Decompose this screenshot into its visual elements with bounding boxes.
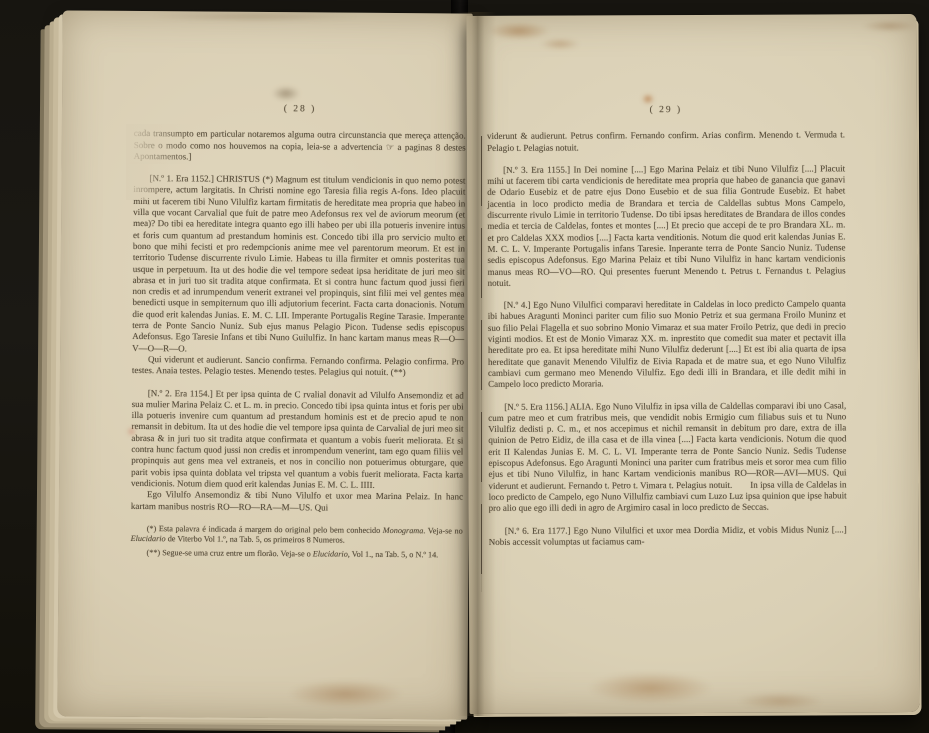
- body-paragraph: [N.º 2. Era 1154.] Et per ipsa quinta de…: [131, 387, 464, 491]
- body-paragraph: [N.º 6. Era 1177.] Ego Nuno Vilulfici et…: [489, 524, 847, 548]
- body-paragraph: viderunt & audierunt. Petrus confirm. Fe…: [487, 130, 845, 154]
- footnote: (*) Esta palavra é indicada á margem do …: [131, 524, 463, 548]
- footnote-text: . Veja-se no: [423, 526, 462, 535]
- body-paragraph: [N.º 4.] Ego Nuno Vilulfici comparavi he…: [488, 298, 846, 390]
- footnote-text: de Viterbo Vol 1.º, na Tab. 5, os primei…: [166, 535, 345, 545]
- body-paragraph: Ego Vilulfo Ansemondiz & tibi Nuno Vilul…: [131, 489, 463, 514]
- page-number-right: ( 29 ): [487, 104, 845, 117]
- footnote-italic-term: Monograma: [383, 526, 424, 535]
- footnote-text: (*) Esta palavra é indicada á margem do …: [147, 524, 383, 535]
- body-paragraph: [N.º 3. Era 1155.] In Dei nomine [....] …: [487, 163, 846, 289]
- left-page-text-column: ( 28 ) cada transumpto em particular not…: [130, 103, 466, 564]
- footnote-italic-term: Elucidario: [131, 534, 166, 543]
- body-paragraph: cada transumpto em particular notaremos …: [134, 128, 466, 164]
- footnote-italic-term: Elucidario: [313, 549, 348, 558]
- right-page: ( 29 ) viderunt & audierunt. Petrus conf…: [466, 14, 919, 714]
- body-paragraph: [N.º 1. Era 1152.] CHRISTUS (*) Magnum e…: [132, 173, 465, 356]
- footnote-text: , Vol 1., na Tab. 5, o N.º 14.: [348, 549, 439, 559]
- body-paragraph: Qui viderunt et audierunt. Sancio confir…: [132, 354, 464, 379]
- footnotes-block: (*) Esta palavra é indicada á margem do …: [130, 524, 462, 561]
- footnote-text: (**) Segue-se uma cruz entre um florão. …: [146, 548, 312, 558]
- left-page: ( 28 ) cada transumpto em particular not…: [57, 10, 473, 719]
- photo-background: ( 28 ) cada transumpto em particular not…: [0, 0, 929, 733]
- footnote: (**) Segue-se uma cruz entre um florão. …: [130, 548, 462, 561]
- page-number-left: ( 28 ): [134, 103, 466, 117]
- right-page-text-column: ( 29 ) viderunt & audierunt. Petrus conf…: [487, 104, 847, 548]
- body-paragraph: [N.º 5. Era 1156.] ALIA. Ego Nuno Vilulf…: [488, 400, 846, 515]
